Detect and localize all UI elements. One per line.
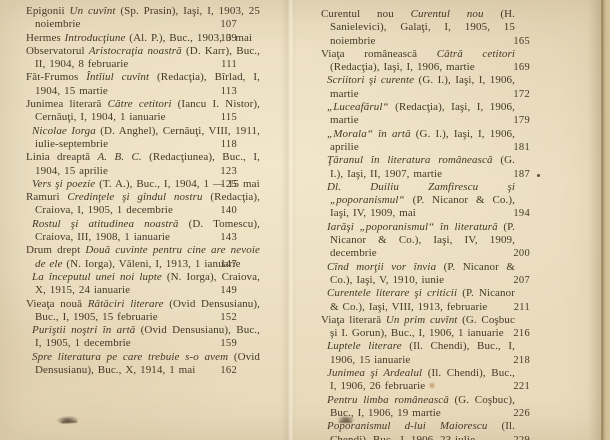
index-entry: Scriitori şi curente (G. I.), Iaşi, I, 1… xyxy=(321,74,530,101)
entry-page-number: 226 xyxy=(513,407,530,420)
entry-title: Nicolae Iorga xyxy=(32,125,96,137)
entry-page-number: 159 xyxy=(220,337,237,350)
entry-title: Vers şi poezie xyxy=(32,178,95,190)
paper-stain xyxy=(428,382,436,389)
entry-title: A. B. C. xyxy=(97,151,141,163)
entry-title: Poporanismul d-lui Maiorescu xyxy=(327,420,487,432)
entry-title: Întîiul cuvînt xyxy=(86,71,149,83)
entry-periodical: Ramuri xyxy=(26,191,67,203)
entry-page-number: 165 xyxy=(513,35,530,48)
entry-title: Aristocraţia noastră xyxy=(89,45,182,57)
index-entry: Viaţa literară Un prim cuvînt (G. Coşbuc… xyxy=(321,314,530,341)
entry-page-number: 113 xyxy=(221,85,237,98)
index-column-right: Curentul nou Curentul nou (H. Sanielevic… xyxy=(321,8,530,440)
entry-title: Un cuvînt xyxy=(70,5,116,17)
entry-page-number: 152 xyxy=(220,311,237,324)
entry-title: „Morala“ în artă xyxy=(327,128,411,140)
entry-periodical: Junimea literară xyxy=(26,98,108,110)
index-entry: Hermes Introducţiune (Al. P.), Buc., 190… xyxy=(26,32,260,45)
entry-text: Luptele literare (Il. Chendi), Buc., I, … xyxy=(321,340,530,367)
book-page: Epigonii Un cuvînt (Sp. Prasin), Iaşi, I… xyxy=(0,0,610,440)
entry-page-number: 140 xyxy=(220,204,237,217)
entry-title: Pentru limba românească xyxy=(327,394,449,406)
entry-text: Viaţa românească Cătră cetitori (Redacţi… xyxy=(321,48,530,75)
entry-details: (Redacţia), Iaşi, I, 1906, martie xyxy=(330,61,475,73)
entry-periodical: Viaţa românească xyxy=(321,48,437,60)
entry-page-number: 216 xyxy=(513,327,530,340)
entry-page-number: 123 xyxy=(220,165,237,178)
entry-page-number: 229 xyxy=(513,434,530,440)
entry-title: La începutul unei noi lupte xyxy=(32,271,162,283)
entry-title: Introducţiune xyxy=(65,32,126,44)
entry-details: (N. Iorga), Văleni, I, 1913, 1 ianuarie xyxy=(63,258,241,270)
entry-text: „Luceafărul“ (Redacţia), Iaşi, I, 1906, … xyxy=(321,101,530,128)
entry-page-number: 125 xyxy=(220,178,237,191)
entry-page-number: 169 xyxy=(513,61,530,74)
entry-periodical: Epigonii xyxy=(26,5,70,17)
index-entry: Linia dreaptă A. B. C. (Redacţiunea), Bu… xyxy=(26,151,260,178)
entry-periodical: Viaţa literară xyxy=(321,314,386,326)
ink-dot xyxy=(537,174,540,177)
entry-page-number: 181 xyxy=(513,141,530,154)
entry-text: „Morala“ în artă (G. I.), Iaşi, I, 1906,… xyxy=(321,128,530,155)
entry-title: Curentele literare şi criticii xyxy=(327,287,457,299)
entry-periodical: Curentul nou xyxy=(321,8,411,20)
entry-title: Scriitori şi curente xyxy=(327,74,414,86)
entry-text: Viaţa literară Un prim cuvînt (G. Coşbuc… xyxy=(321,314,530,341)
index-entry: Luptele literare (Il. Chendi), Buc., I, … xyxy=(321,340,530,367)
entry-page-number: 187 xyxy=(513,168,530,181)
entry-text: Pentru limba românească (G. Coşbuc), Buc… xyxy=(321,394,530,421)
entry-text: Junimea şi Ardealul (Il. Chendi), Buc., … xyxy=(321,367,530,394)
index-entry: Curentul nou Curentul nou (H. Sanielevic… xyxy=(321,8,530,48)
index-entry: Junimea şi Ardealul (Il. Chendi), Buc., … xyxy=(321,367,530,394)
entry-page-number: 115 xyxy=(221,111,237,124)
ink-smudge-left xyxy=(57,415,83,424)
index-column-left: Epigonii Un cuvînt (Sp. Prasin), Iaşi, I… xyxy=(26,5,260,377)
index-entry: „Morala“ în artă (G. I.), Iaşi, I, 1906,… xyxy=(321,128,530,155)
index-entry: La începutul unei noi lupte (N. Iorga), … xyxy=(26,271,260,298)
entry-periodical: Drum drept xyxy=(26,244,85,256)
entry-title: Către cetitori xyxy=(108,98,172,110)
entry-title: Luptele literare xyxy=(327,340,402,352)
entry-page-number: 200 xyxy=(513,247,530,260)
index-entry: Ramuri Credinţele şi gîndul nostru (Reda… xyxy=(26,191,260,218)
index-entry: Curentele literare şi criticii (P. Nican… xyxy=(321,287,530,314)
index-entry: Epigonii Un cuvînt (Sp. Prasin), Iaşi, I… xyxy=(26,5,260,32)
entry-page-number: 111 xyxy=(221,58,237,71)
entry-title: Cătră cetitori xyxy=(437,48,515,60)
index-entry: Vieaţa nouă Rătăciri literare (Ovid Dens… xyxy=(26,298,260,325)
entry-title: Rătăciri literare xyxy=(88,298,164,310)
index-entry: Ţăranul în literatura românească (G. I.)… xyxy=(321,154,530,181)
index-entry: Poporanismul d-lui Maiorescu (Il. Chendi… xyxy=(321,420,530,440)
entry-title: Cînd morţii vor învia xyxy=(327,261,436,273)
entry-title: Rostul şi atitudinea noastră xyxy=(32,218,178,230)
entry-title: Curentul nou xyxy=(411,8,484,20)
index-entry: „Luceafărul“ (Redacţia), Iaşi, I, 1906, … xyxy=(321,101,530,128)
index-entry: Observatorul Aristocraţia noastră (D. Ka… xyxy=(26,45,260,72)
entry-title: Iarăşi „poporanismul“ în literatură xyxy=(327,221,498,233)
entry-title: Ţăranul în literatura românească xyxy=(327,154,493,166)
entry-page-number: 143 xyxy=(220,231,237,244)
entry-text: Ţăranul în literatura românească (G. I.)… xyxy=(321,154,530,181)
index-entry: Junimea literară Către cetitori (Iancu I… xyxy=(26,98,260,125)
entry-title: Un prim cuvînt xyxy=(386,314,458,326)
entry-page-number: 194 xyxy=(513,207,530,220)
index-entry: Vers şi poezie (T. A.), Buc., I, 1904, 1… xyxy=(26,178,260,191)
entry-periodical: Făt-Frumos xyxy=(26,71,86,83)
entry-page-number: 147 xyxy=(220,258,237,271)
page-crease xyxy=(281,0,297,440)
entry-periodical: Hermes xyxy=(26,32,65,44)
index-entry: Dl. Duiliu Zamfirescu şi „poporanismul“ … xyxy=(321,181,530,221)
entry-periodical: Vieaţa nouă xyxy=(26,298,88,310)
entry-text: Iarăşi „poporanismul“ în literatură (P. … xyxy=(321,221,530,261)
entry-title: Junimea şi Ardealul xyxy=(327,367,422,379)
index-entry: Cînd morţii vor învia (P. Nicanor & Co.)… xyxy=(321,261,530,288)
entry-page-number: 172 xyxy=(513,88,530,101)
entry-title: „Luceafărul“ xyxy=(327,101,389,113)
index-entry: Spre literatura pe care trebuie s-o avem… xyxy=(26,351,260,378)
entry-page-number: 118 xyxy=(221,138,237,151)
entry-page-number: 218 xyxy=(513,354,530,367)
entry-page-number: 179 xyxy=(513,114,530,127)
entry-text: Dl. Duiliu Zamfirescu şi „poporanismul“ … xyxy=(321,181,530,221)
entry-periodical: Observatorul xyxy=(26,45,89,57)
entry-text: Poporanismul d-lui Maiorescu (Il. Chendi… xyxy=(321,420,530,440)
entry-page-number: 211 xyxy=(514,301,530,314)
entry-title: Spre literatura pe care trebuie s-o avem xyxy=(32,351,228,363)
entry-text: Curentele literare şi criticii (P. Nican… xyxy=(321,287,530,314)
index-entry: Nicolae Iorga (D. Anghel), Cernăuţi, VII… xyxy=(26,125,260,152)
index-entry: Rostul şi atitudinea noastră (D. Tomescu… xyxy=(26,218,260,245)
index-entry: Făt-Frumos Întîiul cuvînt (Redacţia), Bî… xyxy=(26,71,260,98)
index-entry: Pentru limba românească (G. Coşbuc), Buc… xyxy=(321,394,530,421)
entry-title: Puriştii noştri în artă xyxy=(32,324,135,336)
entry-title: Credinţele şi gîndul nostru xyxy=(67,191,202,203)
index-entry: Drum drept Două cuvinte pentru cine are … xyxy=(26,244,260,271)
index-entry: Iarăşi „poporanismul“ în literatură (P. … xyxy=(321,221,530,261)
index-entry: Puriştii noştri în artă (Ovid Densusianu… xyxy=(26,324,260,351)
entry-periodical: Linia dreaptă xyxy=(26,151,97,163)
entry-text: Curentul nou Curentul nou (H. Sanielevic… xyxy=(321,8,530,48)
index-entry: Viaţa românească Cătră cetitori (Redacţi… xyxy=(321,48,530,75)
entry-page-number: 107 xyxy=(220,18,237,31)
entry-page-number: 221 xyxy=(513,380,530,393)
entry-page-number: 207 xyxy=(513,274,530,287)
entry-page-number: 162 xyxy=(220,364,237,377)
entry-text: Scriitori şi curente (G. I.), Iaşi, I, 1… xyxy=(321,74,530,101)
entry-page-number: 109 xyxy=(220,32,237,45)
page-edge-shadow xyxy=(588,0,610,440)
entry-page-number: 149 xyxy=(220,284,237,297)
entry-text: Cînd morţii vor învia (P. Nicanor & Co.)… xyxy=(321,261,530,288)
